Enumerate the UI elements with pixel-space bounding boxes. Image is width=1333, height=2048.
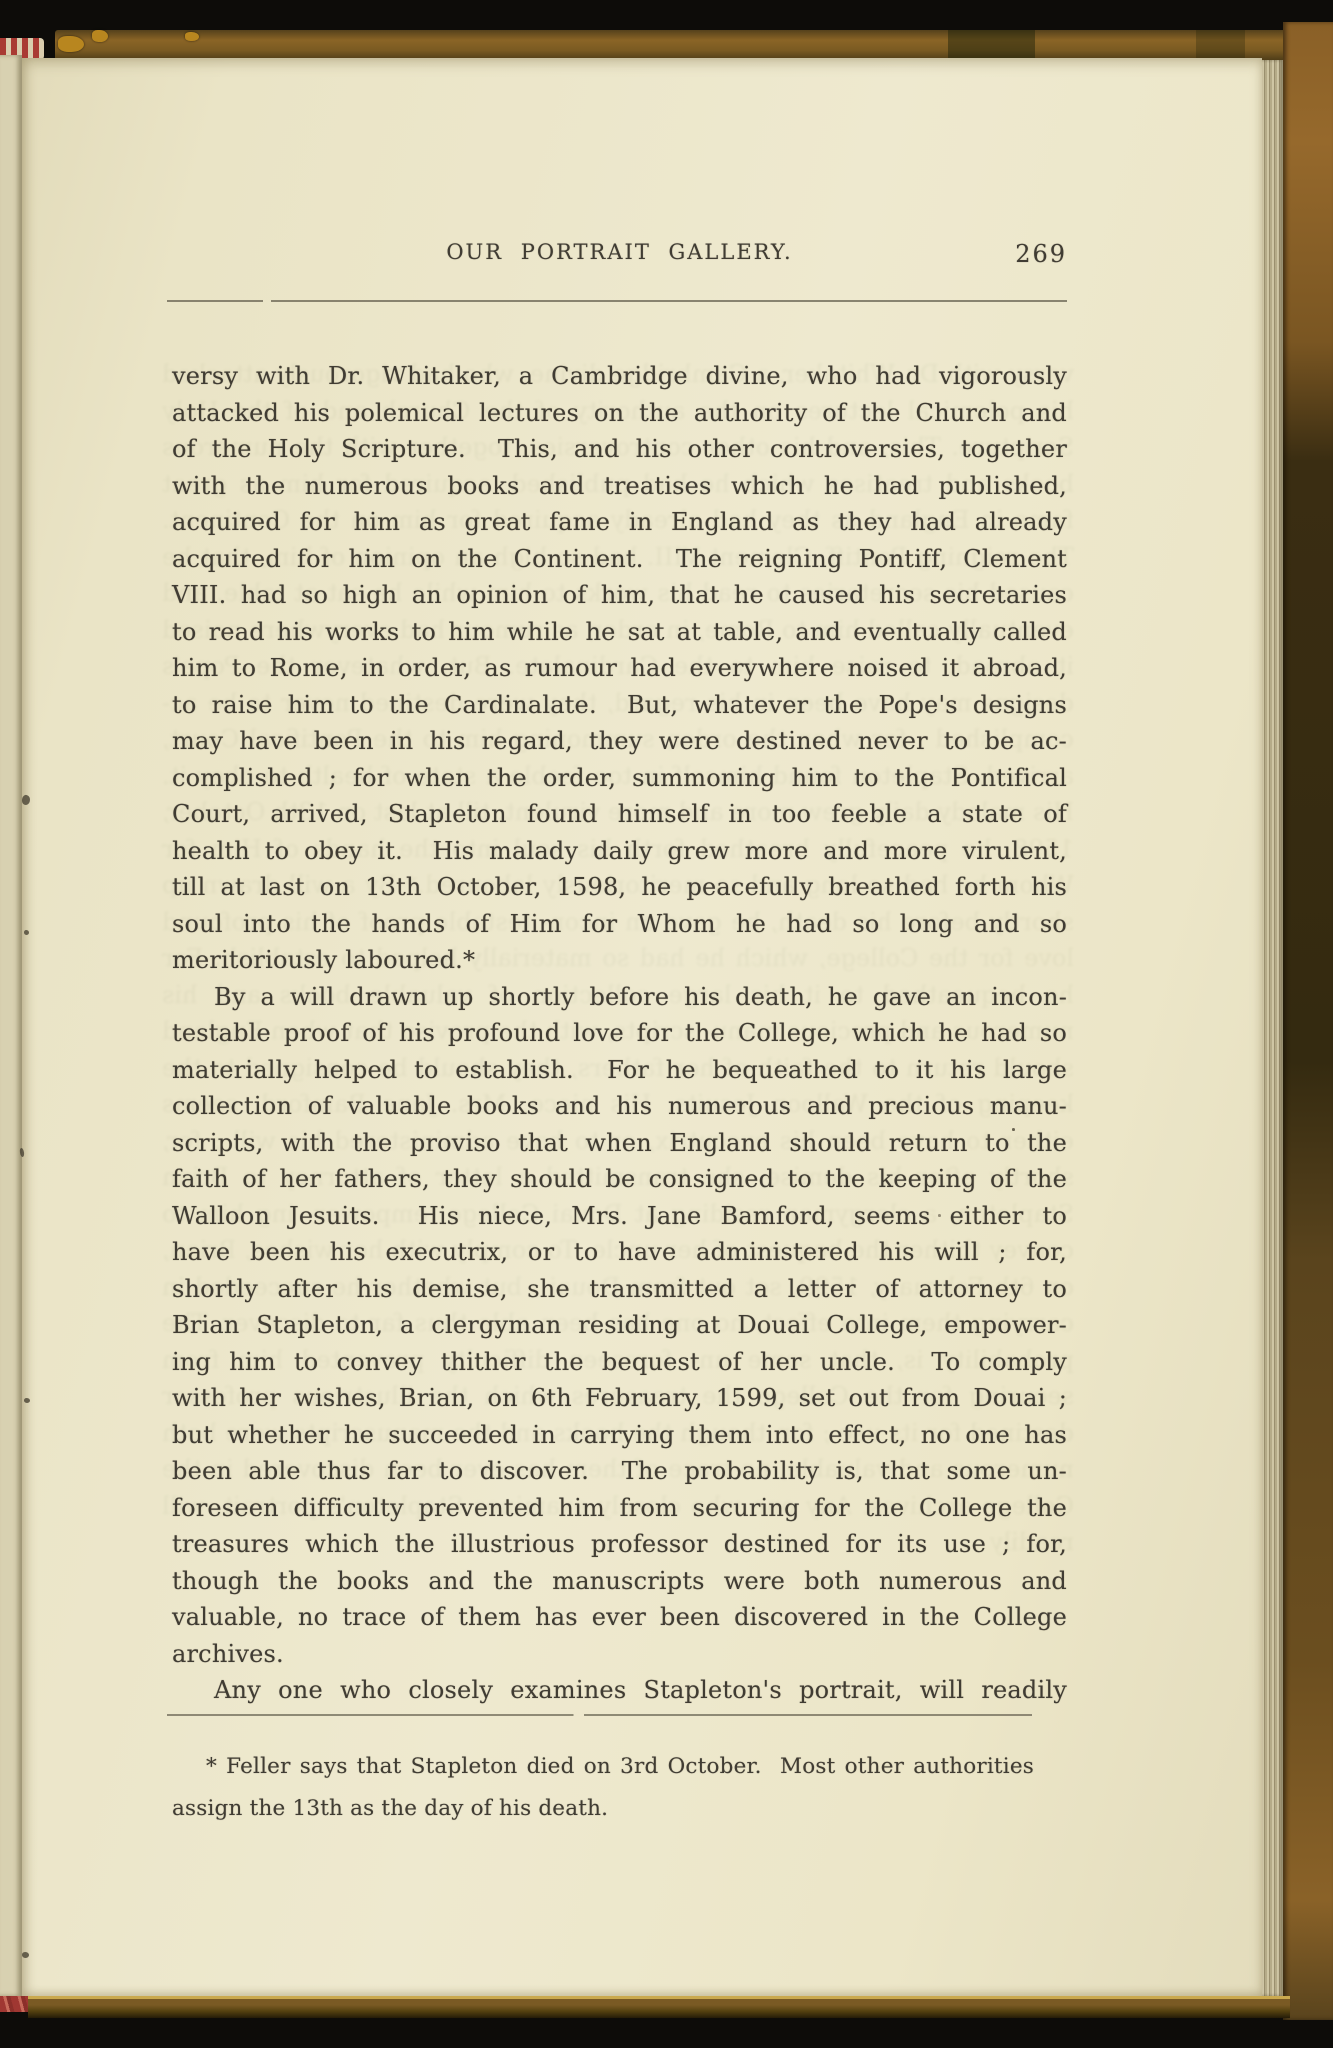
binding-debris xyxy=(185,32,199,41)
text-line: but whether he succeeded in carrying the… xyxy=(172,1417,1067,1454)
text-line: collection of valuable books and his num… xyxy=(172,1088,1067,1125)
ink-speck xyxy=(24,930,29,935)
text-line: to raise him to the Cardinalate. But, wh… xyxy=(172,687,1067,724)
ink-speck xyxy=(24,1398,30,1403)
text-line: have been his executrix, or to have admi… xyxy=(172,1234,1067,1271)
binding-debris xyxy=(92,30,108,42)
text-line: assign the 13th as the day of his death. xyxy=(172,1788,1034,1830)
page-header: OUR PORTRAIT GALLERY. 269 xyxy=(172,240,1067,272)
text-line: acquired for him as great fame in Englan… xyxy=(172,504,1067,541)
text-line: By a will drawn up shortly before his de… xyxy=(172,979,1067,1016)
text-line: with her wishes, Brian, on 6th February,… xyxy=(172,1380,1067,1417)
footnote: * Feller says that Stapleton died on 3rd… xyxy=(172,1746,1034,1830)
book-right-cover-leather xyxy=(1283,22,1333,2020)
text-line: faith of her fathers, they should be con… xyxy=(172,1161,1067,1198)
text-line: VIII. had so high an opinion of him, tha… xyxy=(172,577,1067,614)
text-line: valuable, no trace of them has ever been… xyxy=(172,1599,1067,1636)
text-line: shortly after his demise, she transmitte… xyxy=(172,1271,1067,1308)
text-line: materially helped to establish. For he b… xyxy=(172,1052,1067,1089)
text-line: Brian Stapleton, a clergyman residing at… xyxy=(172,1307,1067,1344)
text-line: Walloon Jesuits. His niece, Mrs. Jane Ba… xyxy=(172,1198,1067,1235)
text-line: him to Rome, in order, as rumour had eve… xyxy=(172,650,1067,687)
text-line: complished ; for when the order, summoni… xyxy=(172,760,1067,797)
text-line: till at last on 13th October, 1598, he p… xyxy=(172,869,1067,906)
ink-speck xyxy=(938,1214,941,1217)
text-line: with the numerous books and treatises wh… xyxy=(172,468,1067,505)
book-page: versy with Dr. Whitaker, a Cambridge div… xyxy=(22,58,1262,1996)
text-line: of the Holy Scripture. This, and his oth… xyxy=(172,431,1067,468)
text-line: been able thus far to discover. The prob… xyxy=(172,1453,1067,1490)
page-left-edge xyxy=(0,55,22,1996)
text-line: to read his works to him while he sat at… xyxy=(172,614,1067,651)
text-line: meritoriously laboured.* xyxy=(172,942,1067,979)
text-line: though the books and the manuscripts wer… xyxy=(172,1563,1067,1600)
page-stack-edge xyxy=(1262,60,1283,1996)
text-line: attacked his polemical lectures on the a… xyxy=(172,395,1067,432)
text-line: scripts, with the proviso that when Engl… xyxy=(172,1125,1067,1162)
text-line: testable proof of his profound love for … xyxy=(172,1015,1067,1052)
text-line: Court, arrived, Stapleton found himself … xyxy=(172,796,1067,833)
page-number: 269 xyxy=(1015,240,1067,268)
text-line: soul into the hands of Him for Whom he h… xyxy=(172,906,1067,943)
scan-background: { "page": { "header": { "title": "OUR PO… xyxy=(0,0,1333,2048)
text-line: archives. xyxy=(172,1636,1067,1673)
text-line: * Feller says that Stapleton died on 3rd… xyxy=(172,1746,1034,1788)
text-line: acquired for him on the Continent. The r… xyxy=(172,541,1067,578)
text-line: treasures which the illustrious professo… xyxy=(172,1526,1067,1563)
header-rule xyxy=(167,300,1067,302)
footnote-rule xyxy=(167,1714,1032,1716)
text-line: ing him to convey thither the bequest of… xyxy=(172,1344,1067,1381)
text-line: may have been in his regard, they were d… xyxy=(172,723,1067,760)
ink-speck xyxy=(1012,1128,1015,1131)
body-text: versy with Dr. Whitaker, a Cambridge div… xyxy=(172,358,1067,1709)
text-line: foreseen difficulty prevented him from s… xyxy=(172,1490,1067,1527)
text-line: Any one who closely examines Stapleton's… xyxy=(172,1672,1067,1709)
running-title: OUR PORTRAIT GALLERY. xyxy=(172,240,1067,264)
ink-speck xyxy=(21,794,31,805)
ink-speck xyxy=(22,1952,29,1958)
binding-debris xyxy=(58,36,84,52)
book-bottom-edge-leather xyxy=(28,1996,1290,2018)
ink-speck xyxy=(19,1148,24,1157)
text-line: health to obey it. His malady daily grew… xyxy=(172,833,1067,870)
text-line: versy with Dr. Whitaker, a Cambridge div… xyxy=(172,358,1067,395)
